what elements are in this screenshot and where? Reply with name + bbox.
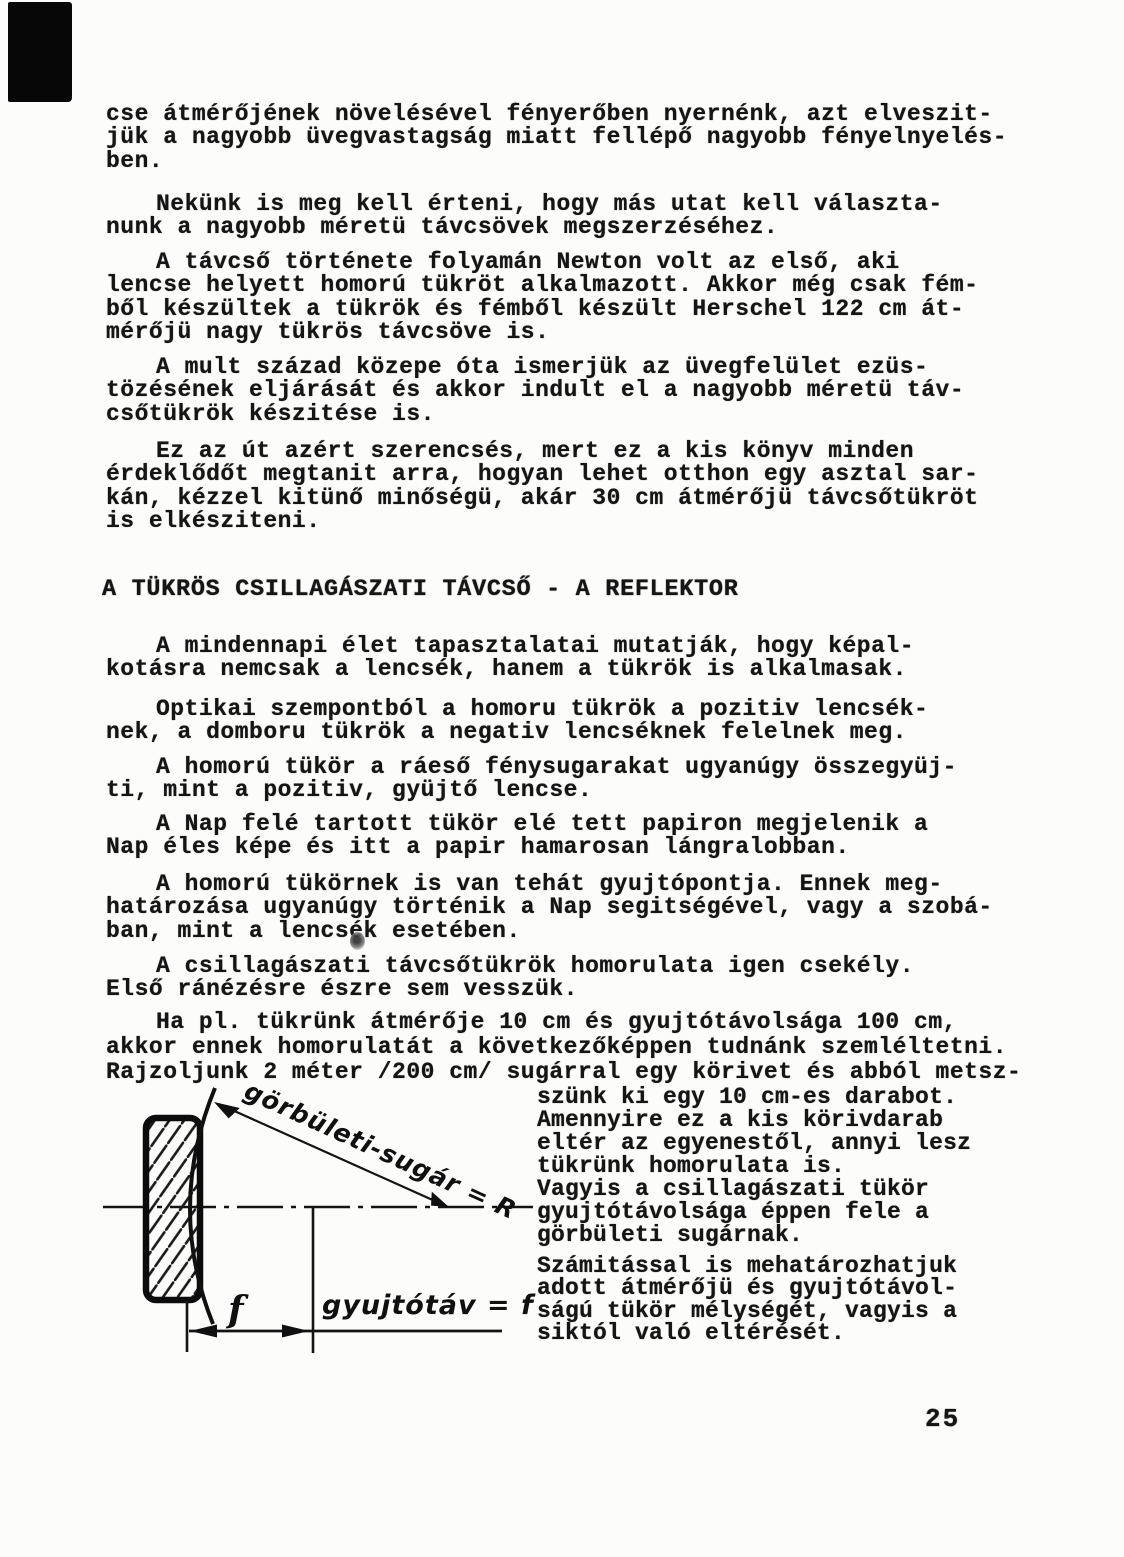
paragraph-12-continued: szünk ki egy 10 cm-es darabot.Amennyire …	[537, 1086, 971, 1247]
dimension-arrow-left	[190, 1325, 217, 1338]
radius-label: görbületi-sugár = R	[240, 1076, 521, 1225]
text-line: siktól való eltérését.	[537, 1322, 957, 1344]
text-line: nunk a nagyobb méretü távcsövek megszerz…	[106, 216, 943, 239]
paragraph-5: Ez az út azért szerencsés, mert ez a kis…	[106, 440, 978, 534]
text-line: Amennyire ez a kis körivdarab	[537, 1109, 971, 1132]
text-line: kotásra nemcsak a lencsék, hanem a tükrö…	[106, 658, 914, 681]
paragraph-7: Optikai szempontból a homoru tükrök a po…	[106, 698, 928, 745]
text-line: Rajzoljunk 2 méter /200 cm/ sugárral egy…	[106, 1060, 1021, 1085]
text-line: cse átmérőjének növelésével fényerőben n…	[106, 103, 1007, 126]
paragraph-4: A mult század közepe óta ismerjük az üve…	[106, 356, 964, 426]
ink-smudge	[350, 932, 365, 950]
text-line: ben.	[106, 150, 1007, 173]
text-line: határozása ugyanúgy történik a Nap segit…	[106, 896, 993, 919]
text-line: akkor ennek homorulatát a következőképpe…	[106, 1035, 1021, 1060]
text-line: mérőjü nagy tükrös távcsöve is.	[106, 321, 978, 344]
focal-f-label: f	[228, 1292, 244, 1328]
text-line: is elkésziteni.	[106, 510, 978, 533]
paragraph-12: Ha pl. tükrünk átmérője 10 cm és gyujtót…	[106, 1010, 1021, 1085]
text-line: görbületi sugárnak.	[537, 1224, 971, 1247]
text-line: adott átmérőjü és gyujtótávol-	[537, 1277, 957, 1299]
paragraph-13: Számitással is mehatározhatjukadott átmé…	[537, 1255, 957, 1345]
text-line: Ha pl. tükrünk átmérője 10 cm és gyujtót…	[106, 1010, 1021, 1035]
dimension-arrow-right	[282, 1325, 309, 1338]
text-line: eltér az egyenestől, annyi lesz	[537, 1132, 971, 1155]
text-line: A csillagászati távcsőtükrök homorulata …	[106, 955, 914, 978]
text-line: nek, a domboru tükrök a negativ lencsékn…	[106, 721, 928, 744]
mirror-body	[146, 1118, 200, 1300]
section-heading: A TÜKRÖS CSILLAGÁSZATI TÁVCSŐ - A REFLEK…	[102, 576, 739, 603]
text-line: A Nap felé tartott tükör elé tett papiro…	[106, 813, 928, 836]
text-line: tözésének eljárását és akkor indult el a…	[106, 379, 964, 402]
text-line: A mult század közepe óta ismerjük az üve…	[106, 356, 964, 379]
text-line: A homorú tükörnek is van tehát gyujtópon…	[106, 873, 993, 896]
scanned-document-page: cse átmérőjének növelésével fényerőben n…	[0, 0, 1124, 1557]
text-line: ből készültek a tükrök és fémből készült…	[106, 298, 978, 321]
page-number: 25	[925, 1404, 960, 1434]
text-line: csőtükrök készitése is.	[106, 403, 964, 426]
paragraph-11: A csillagászati távcsőtükrök homorulata …	[106, 955, 914, 1002]
text-line: Nekünk is meg kell érteni, hogy más utat…	[106, 193, 943, 216]
text-line: Vagyis a csillagászati tükör	[537, 1178, 971, 1201]
text-line: gyujtótávolsága éppen fele a	[537, 1201, 971, 1224]
text-line: lencse helyett homorú tükröt alkalmazott…	[106, 274, 978, 297]
text-line: A homorú tükör a ráeső fénysugarakat ugy…	[106, 756, 957, 779]
text-line: érdeklődőt megtanit arra, hogyan lehet o…	[106, 463, 978, 486]
text-line: ságú tükör mélységét, vagyis a	[537, 1300, 957, 1322]
text-line: Nap éles képe és itt a papir hamarosan l…	[106, 836, 928, 859]
paragraph-8: A homorú tükör a ráeső fénysugarakat ugy…	[106, 756, 957, 803]
text-line: szünk ki egy 10 cm-es darabot.	[537, 1086, 971, 1109]
radius-arrowhead-top	[210, 1097, 239, 1120]
text-line: A mindennapi élet tapasztalatai mutatják…	[106, 635, 914, 658]
text-line: kán, kézzel kitünő minőségü, akár 30 cm …	[106, 487, 978, 510]
paragraph-2: Nekünk is meg kell érteni, hogy más utat…	[106, 193, 943, 240]
text-line: Első ránézésre észre sem vesszük.	[106, 978, 914, 1001]
paragraph-10: A homorú tükörnek is van tehát gyujtópon…	[106, 873, 993, 943]
paragraph-6: A mindennapi élet tapasztalatai mutatják…	[106, 635, 914, 682]
text-line: Ez az út azért szerencsés, mert ez a kis…	[106, 440, 978, 463]
paragraph-9: A Nap felé tartott tükör elé tett papiro…	[106, 813, 928, 860]
paragraph-3: A távcső története folyamán Newton volt …	[106, 251, 978, 345]
text-line: A távcső története folyamán Newton volt …	[106, 251, 978, 274]
mirror-concave-surface	[190, 1088, 215, 1324]
text-line: jük a nagyobb üvegvastagság miatt fellép…	[106, 126, 1007, 149]
text-line: tükrünk homorulata is.	[537, 1155, 971, 1178]
scan-artifact-corner	[8, 2, 72, 102]
focal-distance-label: gyujtótáv = f	[322, 1290, 534, 1321]
text-line: ti, mint a pozitiv, gyüjtő lencse.	[106, 779, 957, 802]
paragraph-1: cse átmérőjének növelésével fényerőben n…	[106, 103, 1007, 173]
text-line: Optikai szempontból a homoru tükrök a po…	[106, 698, 928, 721]
text-line: ban, mint a lencsék esetében.	[106, 920, 993, 943]
